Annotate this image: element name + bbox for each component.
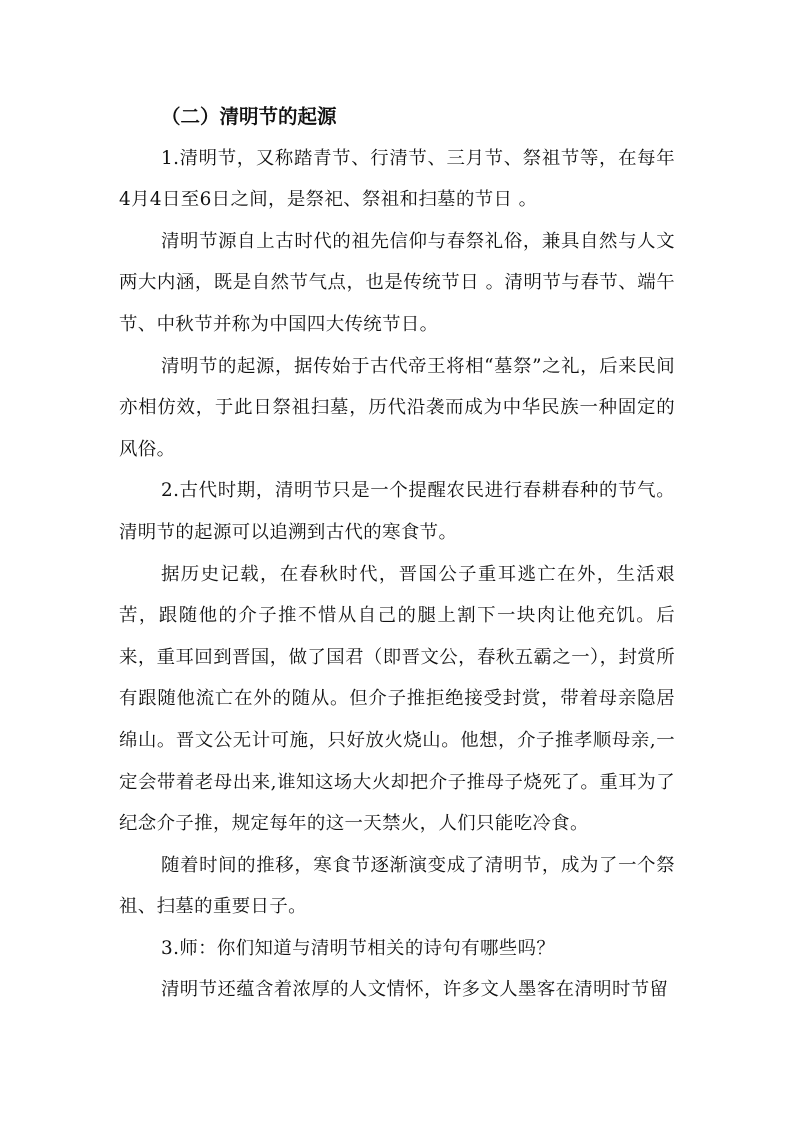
paragraph-7-teacher-question: 3.师：你们知道与清明节相关的诗句有哪些吗？: [119, 928, 675, 970]
paragraph-2-origin-beliefs: 清明节源自上古时代的祖先信仰与春祭礼俗，兼具自然与人文两大内涵，既是自然节气点，…: [119, 221, 675, 346]
paragraph-5-jie-zitui-story: 据历史记载，在春秋时代，晋国公子重耳逃亡在外，生活艰苦，跟随他的介子推不惜从自己…: [119, 554, 675, 845]
paragraph-1-definition: 1.清明节，又称踏青节、行清节、三月节、祭祖节等，在每年4月4日至6日之间，是祭…: [119, 138, 675, 221]
section-heading: （二）清明节的起源: [119, 96, 675, 138]
paragraph-8-literary-sentiment: 清明节还蕴含着浓厚的人文情怀，许多文人墨客在清明时节留: [119, 969, 675, 1011]
document-page: （二）清明节的起源 1.清明节，又称踏青节、行清节、三月节、祭祖节等，在每年4月…: [119, 96, 675, 1011]
paragraph-3-tomb-sacrifice: 清明节的起源，据传始于古代帝王将相“墓祭”之礼，后来民间亦相仿效，于此日祭祖扫墓…: [119, 346, 675, 471]
paragraph-4-ancient-times: 2.古代时期，清明节只是一个提醒农民进行春耕春种的节气。清明节的起源可以追溯到古…: [119, 470, 675, 553]
paragraph-6-evolution: 随着时间的推移，寒食节逐渐演变成了清明节，成为了一个祭祖、扫墓的重要日子。: [119, 845, 675, 928]
